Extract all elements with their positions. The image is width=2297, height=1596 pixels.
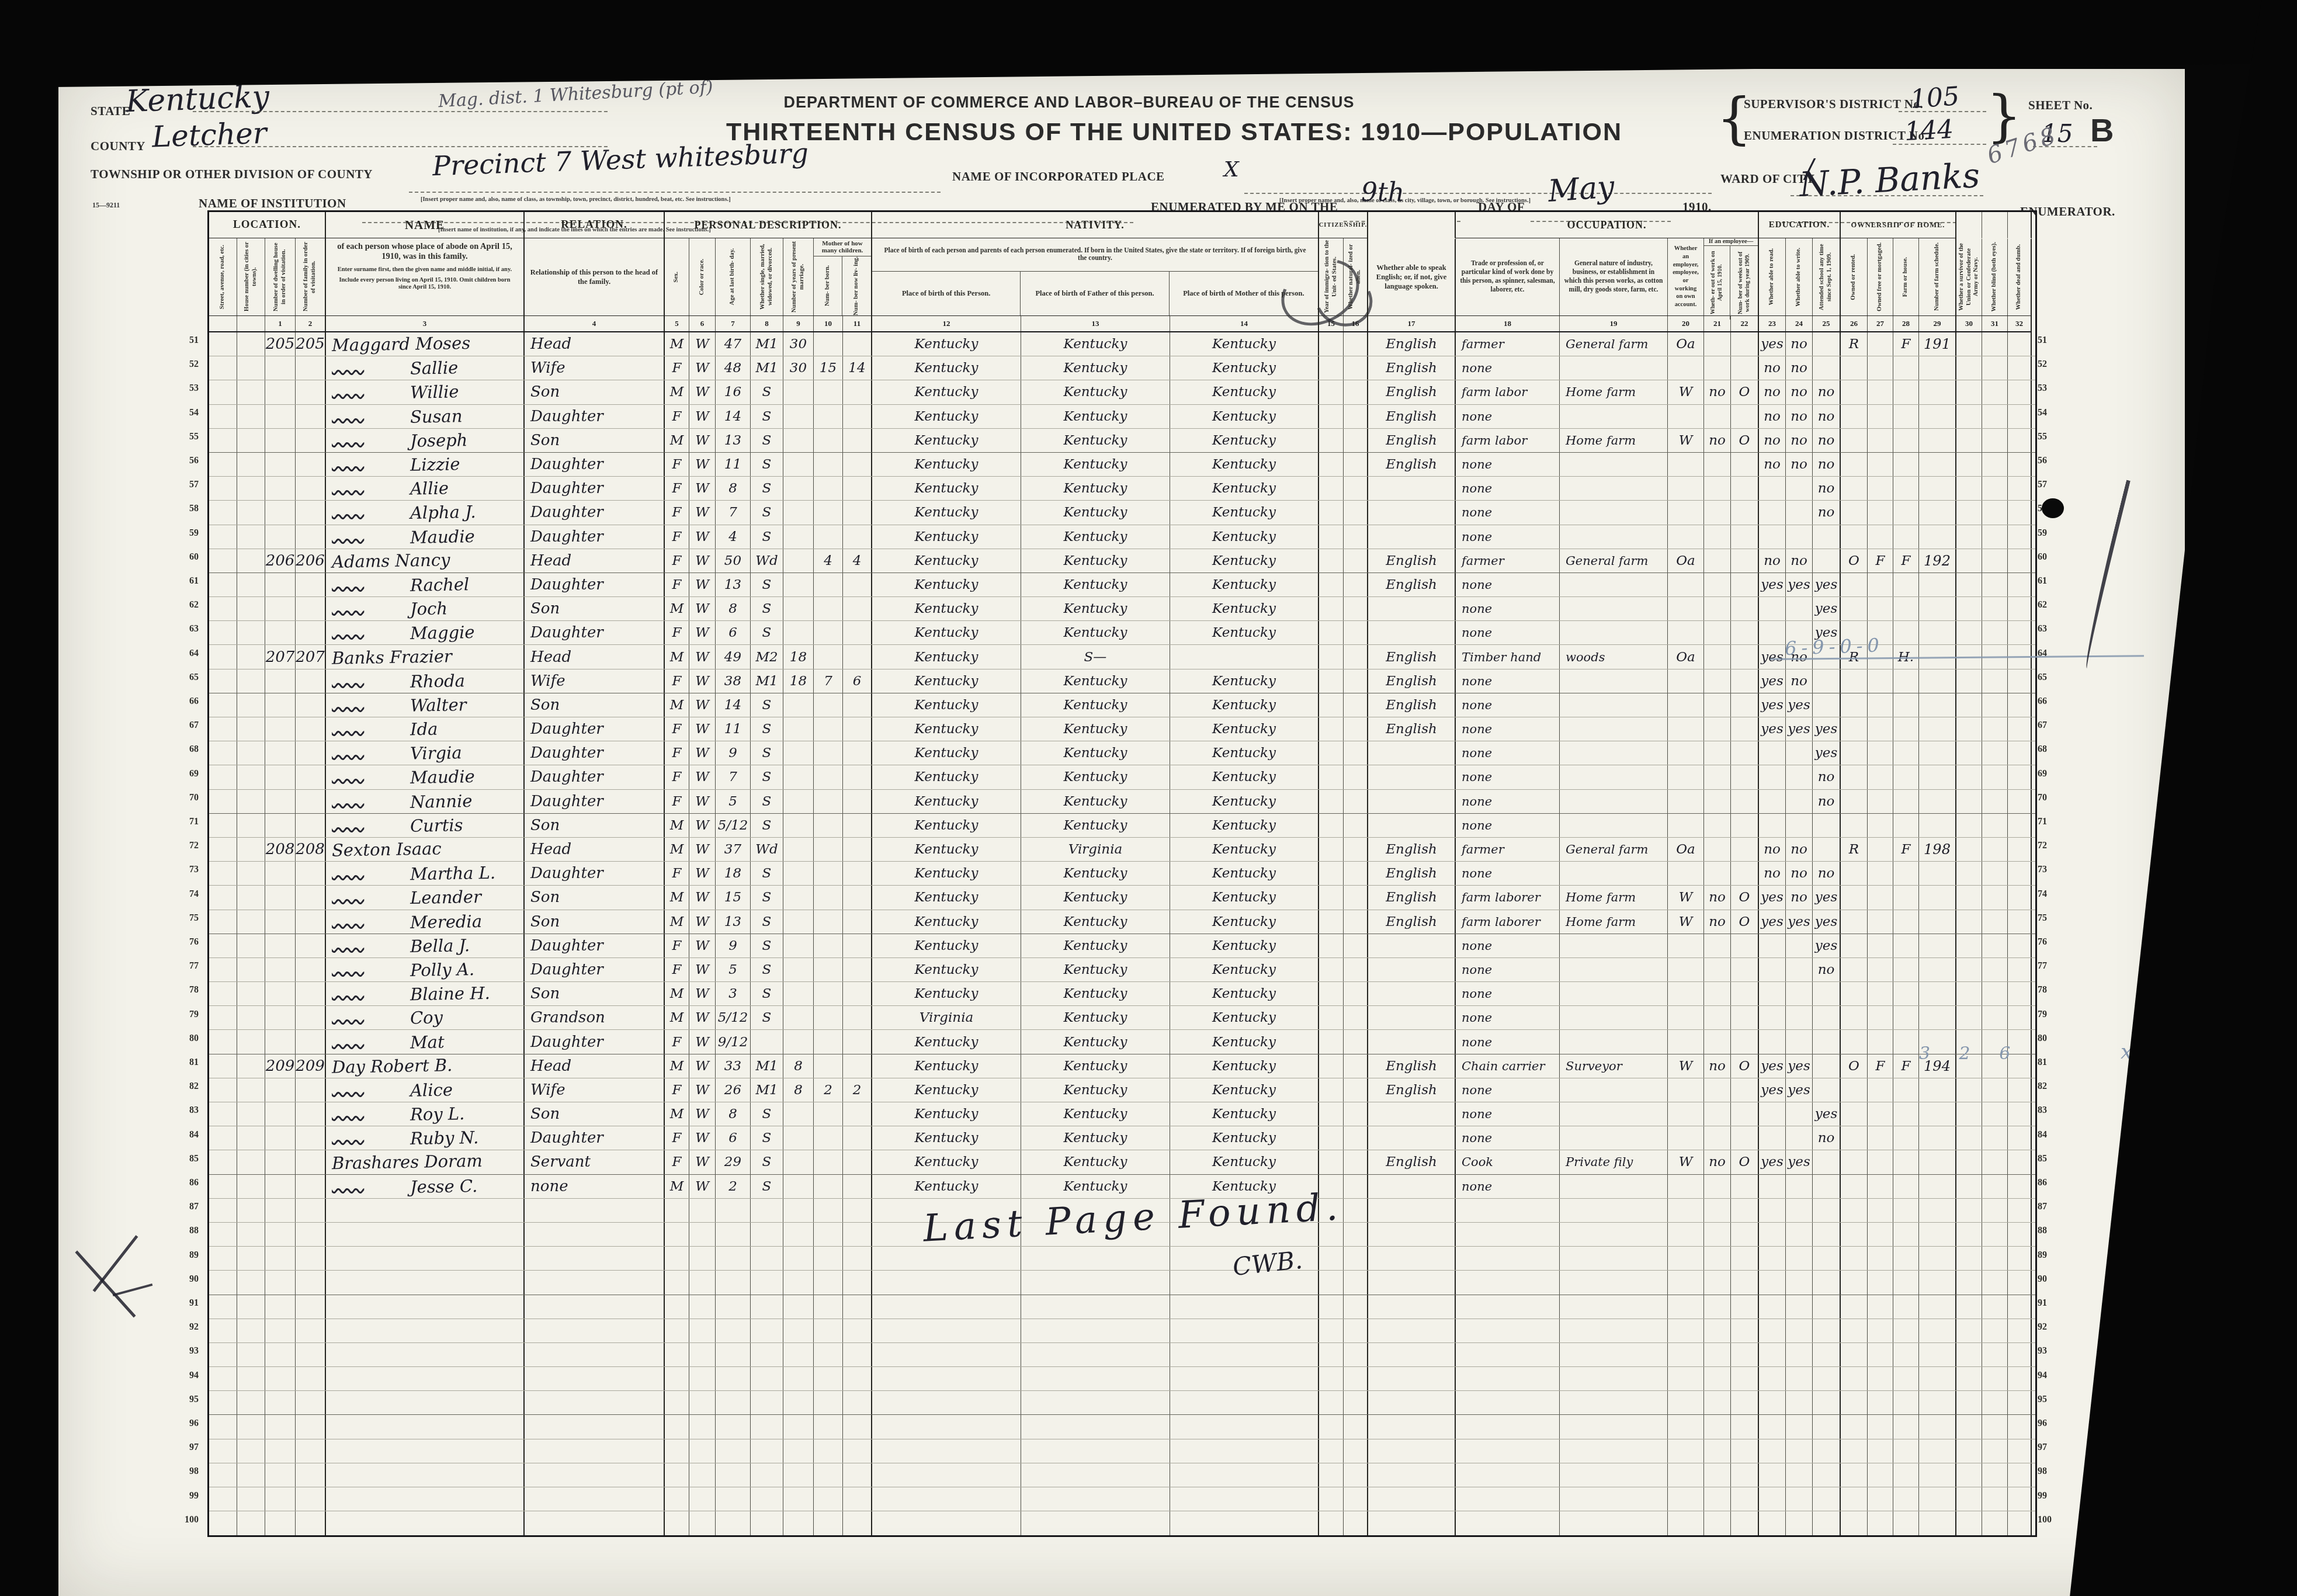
col-born [814,1006,843,1029]
line-number-left: 65 [158,665,199,689]
col-age: 4 [716,525,751,549]
col-out [1704,1463,1731,1487]
col-farm [1893,934,1919,957]
col-industry: General farm [1560,332,1668,356]
col-born [814,380,843,404]
col-english: English [1368,1054,1456,1078]
col-marital: S [751,573,783,596]
col-natur [1344,934,1368,957]
col-name: Adams Nancy [326,549,525,573]
col-industry: Private fily [1560,1150,1668,1174]
col-living [843,717,872,741]
col-name: Joseph [326,429,525,452]
col-pob: Virginia [872,1006,1021,1029]
col-english: English [1368,573,1456,596]
col-emp [1668,1006,1704,1029]
col-age [716,1247,751,1270]
colhead-label: Whether an employer, employee, or workin… [1671,245,1700,308]
col-years [783,1367,814,1390]
col-free [1868,1102,1893,1126]
col-age: 26 [716,1078,751,1102]
line-number-left: 59 [158,521,199,545]
col-trade: none [1456,1006,1560,1029]
col-industry [1560,477,1668,500]
colhead-nativity: Place of birth of each person and parent… [872,238,1319,315]
col-street [209,501,237,524]
col-house [237,405,265,428]
enumeration-fill [1893,144,1986,145]
col-english [1368,1391,1456,1414]
col-school: no [1813,862,1841,885]
col-pob: Kentucky [872,1150,1021,1174]
census-row-85: Brashares DoramServantFW29SKentuckyKentu… [209,1150,2035,1174]
col-street [209,525,237,549]
col-pob [872,1487,1021,1511]
col-blind [1982,356,2008,380]
col-immig [1319,429,1344,452]
col-weeks [1731,1391,1759,1414]
col-out [1704,525,1731,549]
col-living [843,1367,872,1390]
col-living [843,814,872,837]
col-dwelling [265,1030,296,1053]
col-industry [1560,1367,1668,1390]
col-immig [1319,1150,1344,1174]
col-street [209,1054,237,1078]
col-relation: Daughter [525,862,665,885]
col-relation: Head [525,549,665,573]
col-free [1868,669,1893,693]
line-number-right: 76 [2038,930,2079,954]
col-dwelling [265,934,296,957]
col-schedule [1919,1391,1956,1414]
col-living [843,1319,872,1342]
col-house [237,1006,265,1029]
col-english [1368,477,1456,500]
col-out [1704,1078,1731,1102]
line-number-left: 62 [158,593,199,617]
col-born [814,1054,843,1078]
col-weeks [1731,765,1759,789]
col-pobf: Kentucky [1021,549,1170,573]
col-farm: F [1893,549,1919,573]
census-row-84: Ruby N.DaughterFW6SKentuckyKentuckyKentu… [209,1126,2035,1150]
col-out: no [1704,910,1731,934]
col-pob: Kentucky [872,1175,1021,1198]
col-weeks [1731,597,1759,620]
col-write [1786,597,1813,620]
col-age: 9 [716,934,751,957]
col-name: Jesse C. [326,1175,525,1198]
col-years [783,1150,814,1174]
col-street [209,1078,237,1102]
col-color: W [689,525,716,549]
col-english [1368,1199,1456,1222]
col-pobf: Kentucky [1021,886,1170,909]
col-weeks [1731,741,1759,765]
col-write [1786,1295,1813,1319]
col-read [1759,1511,1786,1535]
col-english [1368,525,1456,549]
col-immig [1319,958,1344,981]
col-blind [1982,717,2008,741]
col-immig [1319,1295,1344,1319]
col-dwelling [265,1487,296,1511]
col-farm [1893,1150,1919,1174]
col-schedule [1919,405,1956,428]
col-living [843,1487,872,1511]
header-main-band: Street, avenue, road, etc.House number (… [209,238,2032,316]
col-living [843,1295,872,1319]
col-emp [1668,477,1704,500]
pen-swoosh [2080,480,2134,669]
col-farm [1893,1175,1919,1198]
col-out [1704,1415,1731,1438]
col-trade [1456,1391,1560,1414]
colnum-free: 27 [1868,316,1893,331]
col-pob: Kentucky [872,886,1021,909]
col-owned [1841,910,1868,934]
col-write [1786,1511,1813,1535]
line-number-right: 99 [2038,1484,2079,1508]
col-pobm: Kentucky [1170,814,1319,837]
col-owned [1841,1078,1868,1102]
colnum-weeks: 22 [1731,316,1759,331]
line-number-right: 62 [2038,593,2079,617]
col-survivor [1956,1439,1982,1463]
col-deaf [2008,1391,2032,1414]
col-born [814,573,843,596]
col-farm: F [1893,332,1919,356]
colnum-dwelling: 1 [265,316,296,331]
ditto-mark [332,594,395,613]
col-living [843,525,872,549]
col-marital: S [751,525,783,549]
col-deaf [2008,1199,2032,1222]
col-years [783,1271,814,1294]
col-color: W [689,693,716,717]
col-pob [872,1415,1021,1438]
col-schedule [1919,356,1956,380]
col-family [296,356,326,380]
name-value: Day Robert B. [332,1055,453,1077]
colnum-natur: 16 [1344,316,1368,331]
col-natur [1344,477,1368,500]
col-street [209,1439,237,1463]
col-dwelling [265,1223,296,1246]
col-english [1368,765,1456,789]
township-value: Precinct 7 West whitesburg [432,137,809,182]
col-weeks [1731,1078,1759,1102]
col-born [814,790,843,813]
col-english [1368,958,1456,981]
col-age [716,1391,751,1414]
col-deaf [2008,1295,2032,1319]
col-dwelling [265,886,296,909]
col-living [843,1247,872,1270]
col-survivor [1956,934,1982,957]
col-survivor [1956,453,1982,476]
col-pobf: Kentucky [1021,525,1170,549]
col-living [843,1199,872,1222]
col-street [209,1126,237,1150]
col-years: 30 [783,332,814,356]
col-emp [1668,573,1704,596]
col-sex: F [665,356,689,380]
col-street [209,1319,237,1342]
col-english: English [1368,910,1456,934]
col-dwelling [265,1463,296,1487]
col-free [1868,790,1893,813]
col-emp [1668,1343,1704,1366]
col-blind [1982,669,2008,693]
ditto-mark [332,858,395,878]
col-house [237,477,265,500]
col-free [1868,1511,1893,1535]
col-survivor [1956,717,1982,741]
col-name: Day Robert B. [326,1054,525,1078]
col-pobm: Kentucky [1170,1078,1319,1102]
col-schedule [1919,1150,1956,1174]
col-survivor [1956,910,1982,934]
col-street [209,910,237,934]
col-living [843,1054,872,1078]
col-schedule [1919,453,1956,476]
col-english [1368,1223,1456,1246]
col-free: F [1868,1054,1893,1078]
col-deaf [2008,982,2032,1005]
col-born [814,1247,843,1270]
col-pob [872,1439,1021,1463]
ditto-mark [332,979,395,998]
col-free [1868,958,1893,981]
col-immig [1319,693,1344,717]
census-row-92 [209,1319,2035,1343]
line-number-right: 88 [2038,1219,2079,1243]
col-age: 38 [716,669,751,693]
col-read [1759,1126,1786,1150]
col-immig [1319,1271,1344,1294]
col-dwelling [265,356,296,380]
col-pobf [1021,1391,1170,1414]
col-age: 14 [716,405,751,428]
census-table: LOCATION.NAMERELATION.PERSONAL DESCRIPTI… [207,210,2037,1537]
col-weeks: O [1731,380,1759,404]
census-row-79: CoyGrandsonMW5/12SVirginiaKentuckyKentuc… [209,1006,2035,1030]
col-relation: Daughter [525,765,665,789]
col-relation: Daughter [525,573,665,596]
col-industry [1560,573,1668,596]
col-school: no [1813,380,1841,404]
col-weeks [1731,1247,1759,1270]
col-read [1759,477,1786,500]
col-english: English [1368,332,1456,356]
col-street [209,790,237,813]
line-number-left: 84 [158,1123,199,1147]
col-living [843,453,872,476]
col-street [209,549,237,573]
census-row-58: Alpha J.DaughterFW7SKentuckyKentuckyKent… [209,501,2035,525]
colnum-schedule: 29 [1919,316,1956,331]
col-trade [1456,1319,1560,1342]
col-out [1704,693,1731,717]
col-pobm: Kentucky [1170,1054,1319,1078]
line-number-left: 68 [158,737,199,761]
col-age: 11 [716,453,751,476]
col-relation: none [525,1175,665,1198]
col-industry: Home farm [1560,886,1668,909]
col-street [209,477,237,500]
col-school: no [1813,477,1841,500]
col-marital [751,1415,783,1438]
col-color: W [689,645,716,668]
col-living [843,910,872,934]
col-deaf [2008,741,2032,765]
col-blind [1982,477,2008,500]
col-pob [872,1319,1021,1342]
col-deaf [2008,429,2032,452]
col-house [237,669,265,693]
col-living [843,958,872,981]
col-pobm: Kentucky [1170,597,1319,620]
col-owned: O [1841,549,1868,573]
census-row-90 [209,1271,2035,1295]
col-relation: Daughter [525,405,665,428]
enumeration-value: 144 [1904,115,1955,147]
col-years [783,1319,814,1342]
col-free [1868,693,1893,717]
col-family [296,886,326,909]
col-owned [1841,790,1868,813]
col-living [843,1030,872,1053]
ditto-mark [332,570,395,589]
colnum-immig: 15 [1319,316,1344,331]
col-name [326,1247,525,1270]
col-years: 18 [783,669,814,693]
col-family [296,1271,326,1294]
employee-cols: Wheth- er out of work on April 15, 1910.… [1704,246,1758,320]
col-family [296,1175,326,1198]
line-number-right: 63 [2038,617,2079,641]
col-color: W [689,405,716,428]
col-deaf [2008,1487,2032,1511]
group-occupation: OCCUPATION. [1456,212,1759,238]
col-pobf: Kentucky [1021,814,1170,837]
col-born [814,621,843,644]
col-relation: Daughter [525,958,665,981]
col-free [1868,934,1893,957]
col-school: yes [1813,1102,1841,1126]
col-industry: Surveyor [1560,1054,1668,1078]
census-row-57: AllieDaughterFW8SKentuckyKentuckyKentuck… [209,477,2035,501]
col-weeks [1731,934,1759,957]
col-school [1813,1247,1841,1270]
col-color: W [689,669,716,693]
col-write: yes [1786,573,1813,596]
col-pobf: Kentucky [1021,862,1170,885]
col-relation: Daughter [525,453,665,476]
colhead-deaf: Whether deaf and dumb. [2008,238,2032,315]
colhead-label: Place of birth of Father of this person. [1035,289,1154,298]
col-schedule [1919,525,1956,549]
col-name: Maggard Moses [326,332,525,356]
col-relation [525,1415,665,1438]
col-age [716,1223,751,1246]
line-number-left: 92 [158,1315,199,1339]
given-name-value: Rhoda [410,671,465,692]
col-color: W [689,501,716,524]
col-trade: none [1456,573,1560,596]
col-write [1786,1199,1813,1222]
col-color [689,1391,716,1414]
col-blind [1982,886,2008,909]
col-schedule [1919,573,1956,596]
col-pobm [1170,1439,1319,1463]
county-value: Letcher [151,116,267,154]
col-trade: none [1456,1126,1560,1150]
col-born [814,1199,843,1222]
col-relation: Head [525,838,665,861]
col-survivor [1956,1175,1982,1198]
col-dwelling [265,958,296,981]
col-dwelling [265,621,296,644]
col-family [296,1319,326,1342]
col-age [716,1487,751,1511]
col-street [209,1102,237,1126]
col-english [1368,1415,1456,1438]
col-sex: M [665,1102,689,1126]
col-born [814,765,843,789]
col-school [1813,1030,1841,1053]
colhead-label: Street, avenue, road, etc. [219,245,227,309]
col-english: English [1368,1078,1456,1102]
given-name-value: Sallie [410,358,459,379]
col-years [783,597,814,620]
line-number-right: 96 [2038,1411,2079,1435]
col-emp [1668,1078,1704,1102]
col-trade: none [1456,765,1560,789]
census-row-70: NannieDaughterFW5SKentuckyKentuckyKentuc… [209,790,2035,814]
line-number-left: 64 [158,641,199,665]
census-row-66: WalterSonMW14SKentuckyKentuckyKentuckyEn… [209,693,2035,717]
col-name: Meredia [326,910,525,934]
given-name-value: Coy [410,1008,443,1028]
col-blind [1982,790,2008,813]
col-living [843,477,872,500]
col-emp [1668,1223,1704,1246]
given-name-value: Walter [410,695,467,716]
col-natur [1344,982,1368,1005]
col-sex: M [665,1006,689,1029]
col-read [1759,765,1786,789]
col-natur [1344,741,1368,765]
line-number-right: 55 [2038,425,2079,449]
col-relation [525,1391,665,1414]
col-color: W [689,982,716,1005]
col-owned [1841,1511,1868,1535]
col-age [716,1319,751,1342]
col-years [783,549,814,573]
col-dwelling [265,380,296,404]
col-blind [1982,862,2008,885]
line-number-right: 86 [2038,1171,2079,1195]
col-sex: M [665,814,689,837]
col-house [237,1102,265,1126]
col-age: 9/12 [716,1030,751,1053]
col-out: no [1704,380,1731,404]
col-years [783,741,814,765]
col-read [1759,814,1786,837]
